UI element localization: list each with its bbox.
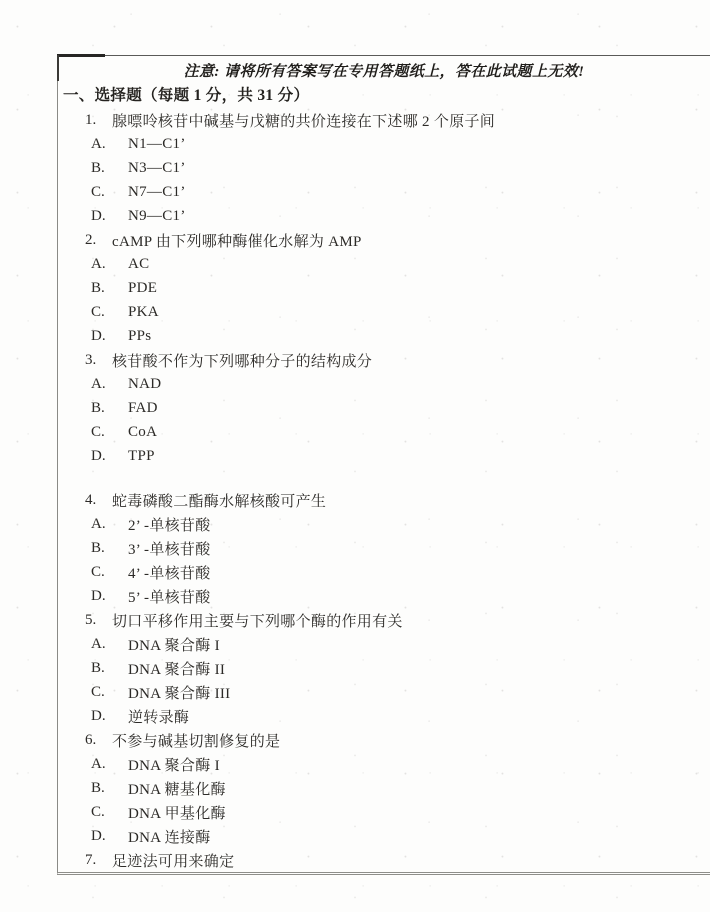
- option-text: CoA: [128, 424, 157, 441]
- option-letter: C.: [91, 424, 128, 441]
- option-letter: C.: [91, 304, 128, 321]
- option-text: N7—C1’: [128, 184, 186, 201]
- scanned-exam-page: 注意: 请将所有答案写在专用答题纸上，答在此试题上无效! 一、选择题（每题 1 …: [0, 0, 710, 912]
- option-letter: D.: [91, 208, 128, 225]
- option-text: DNA 甲基化酶: [128, 802, 226, 823]
- option-text: DNA 聚合酶 III: [128, 682, 230, 703]
- option-letter: B.: [91, 660, 128, 677]
- option-text: 3’ -单核苷酸: [128, 538, 211, 559]
- question-number: 5.: [85, 612, 112, 629]
- question-row: 5. 切口平移作用主要与下列哪个酶的作用有关: [58, 608, 710, 632]
- option-letter: A.: [91, 376, 128, 393]
- option-letter: A.: [91, 756, 128, 773]
- option-row: D. N9—C1’: [58, 204, 710, 228]
- question-text: 蛇毒磷酸二酯酶水解核酸可产生: [112, 490, 326, 511]
- question-number: 4.: [85, 492, 112, 509]
- question-number: 7.: [85, 852, 112, 869]
- option-letter: C.: [91, 804, 128, 821]
- option-text: PPs: [128, 328, 151, 345]
- option-text: DNA 聚合酶 I: [128, 754, 220, 775]
- option-letter: C.: [91, 564, 128, 581]
- section-title: 一、选择题（每题 1 分，共 31 分）: [58, 84, 710, 108]
- option-row: A. NAD: [58, 372, 710, 396]
- option-row: D. 逆转录酶: [58, 704, 710, 728]
- question-text: 腺嘌呤核苷中碱基与戊糖的共价连接在下述哪 2 个原子间: [112, 110, 495, 131]
- question-row: 6. 不参与碱基切割修复的是: [58, 728, 710, 752]
- question-text: 核苷酸不作为下列哪种分子的结构成分: [112, 350, 372, 371]
- option-letter: D.: [91, 448, 128, 465]
- option-text: DNA 糖基化酶: [128, 778, 226, 799]
- question-text: 足迹法可用来确定: [112, 850, 234, 871]
- option-letter: B.: [91, 160, 128, 177]
- question-row: 3. 核苷酸不作为下列哪种分子的结构成分: [58, 348, 710, 372]
- question-number: 3.: [85, 352, 112, 369]
- option-text: N1—C1’: [128, 136, 186, 153]
- option-row: B. N3—C1’: [58, 156, 710, 180]
- question-number: 6.: [85, 732, 112, 749]
- question-text: 不参与碱基切割修复的是: [112, 730, 280, 751]
- option-row: D. PPs: [58, 324, 710, 348]
- option-text: DNA 连接酶: [128, 826, 211, 847]
- option-letter: B.: [91, 540, 128, 557]
- option-row: D. TPP: [58, 444, 710, 468]
- option-text: PDE: [128, 280, 157, 297]
- option-row: C. PKA: [58, 300, 710, 324]
- option-text: 逆转录酶: [128, 706, 189, 727]
- option-row: B. FAD: [58, 396, 710, 420]
- option-row: C. CoA: [58, 420, 710, 444]
- option-text: 4’ -单核苷酸: [128, 562, 211, 583]
- option-letter: A.: [91, 636, 128, 653]
- option-letter: C.: [91, 684, 128, 701]
- question-row: 2. cAMP 由下列哪种酶催化水解为 AMP: [58, 228, 710, 252]
- option-row: B. DNA 糖基化酶: [58, 776, 710, 800]
- option-row: A. 2’ -单核苷酸: [58, 512, 710, 536]
- option-letter: A.: [91, 136, 128, 153]
- option-row: C. DNA 聚合酶 III: [58, 680, 710, 704]
- option-text: NAD: [128, 376, 161, 393]
- option-letter: C.: [91, 184, 128, 201]
- question-text: cAMP 由下列哪种酶催化水解为 AMP: [112, 230, 362, 251]
- option-text: TPP: [128, 448, 155, 465]
- option-text: N3—C1’: [128, 160, 186, 177]
- question-number: 2.: [85, 232, 112, 249]
- option-text: PKA: [128, 304, 159, 321]
- option-row: A. DNA 聚合酶 I: [58, 632, 710, 656]
- option-text: N9—C1’: [128, 208, 186, 225]
- option-row: A. DNA 聚合酶 I: [58, 752, 710, 776]
- option-row: B. DNA 聚合酶 II: [58, 656, 710, 680]
- option-text: 5’ -单核苷酸: [128, 586, 211, 607]
- option-text: FAD: [128, 400, 158, 417]
- option-letter: D.: [91, 708, 128, 725]
- option-text: DNA 聚合酶 I: [128, 634, 220, 655]
- option-letter: B.: [91, 280, 128, 297]
- exam-notice: 注意: 请将所有答案写在专用答题纸上，答在此试题上无效!: [58, 61, 710, 83]
- option-letter: D.: [91, 588, 128, 605]
- option-letter: D.: [91, 328, 128, 345]
- option-row: D. DNA 连接酶: [58, 824, 710, 848]
- option-row: C. N7—C1’: [58, 180, 710, 204]
- blank-gap: [58, 468, 710, 488]
- option-text: AC: [128, 256, 149, 273]
- option-letter: B.: [91, 780, 128, 797]
- option-letter: A.: [91, 256, 128, 273]
- question-row: 4. 蛇毒磷酸二酯酶水解核酸可产生: [58, 488, 710, 512]
- question-number: 1.: [85, 112, 112, 129]
- option-text: 2’ -单核苷酸: [128, 514, 211, 535]
- option-letter: A.: [91, 516, 128, 533]
- exam-content-frame: 注意: 请将所有答案写在专用答题纸上，答在此试题上无效! 一、选择题（每题 1 …: [57, 55, 710, 875]
- option-row: C. 4’ -单核苷酸: [58, 560, 710, 584]
- option-letter: D.: [91, 828, 128, 845]
- option-row: A. AC: [58, 252, 710, 276]
- question-row: 1. 腺嘌呤核苷中碱基与戊糖的共价连接在下述哪 2 个原子间: [58, 108, 710, 132]
- question-row: 7. 足迹法可用来确定: [58, 848, 710, 872]
- question-text: 切口平移作用主要与下列哪个酶的作用有关: [112, 610, 403, 631]
- option-row: D. 5’ -单核苷酸: [58, 584, 710, 608]
- option-letter: B.: [91, 400, 128, 417]
- option-row: A. N1—C1’: [58, 132, 710, 156]
- option-text: DNA 聚合酶 II: [128, 658, 225, 679]
- option-row: C. DNA 甲基化酶: [58, 800, 710, 824]
- option-row: B. 3’ -单核苷酸: [58, 536, 710, 560]
- option-row: B. PDE: [58, 276, 710, 300]
